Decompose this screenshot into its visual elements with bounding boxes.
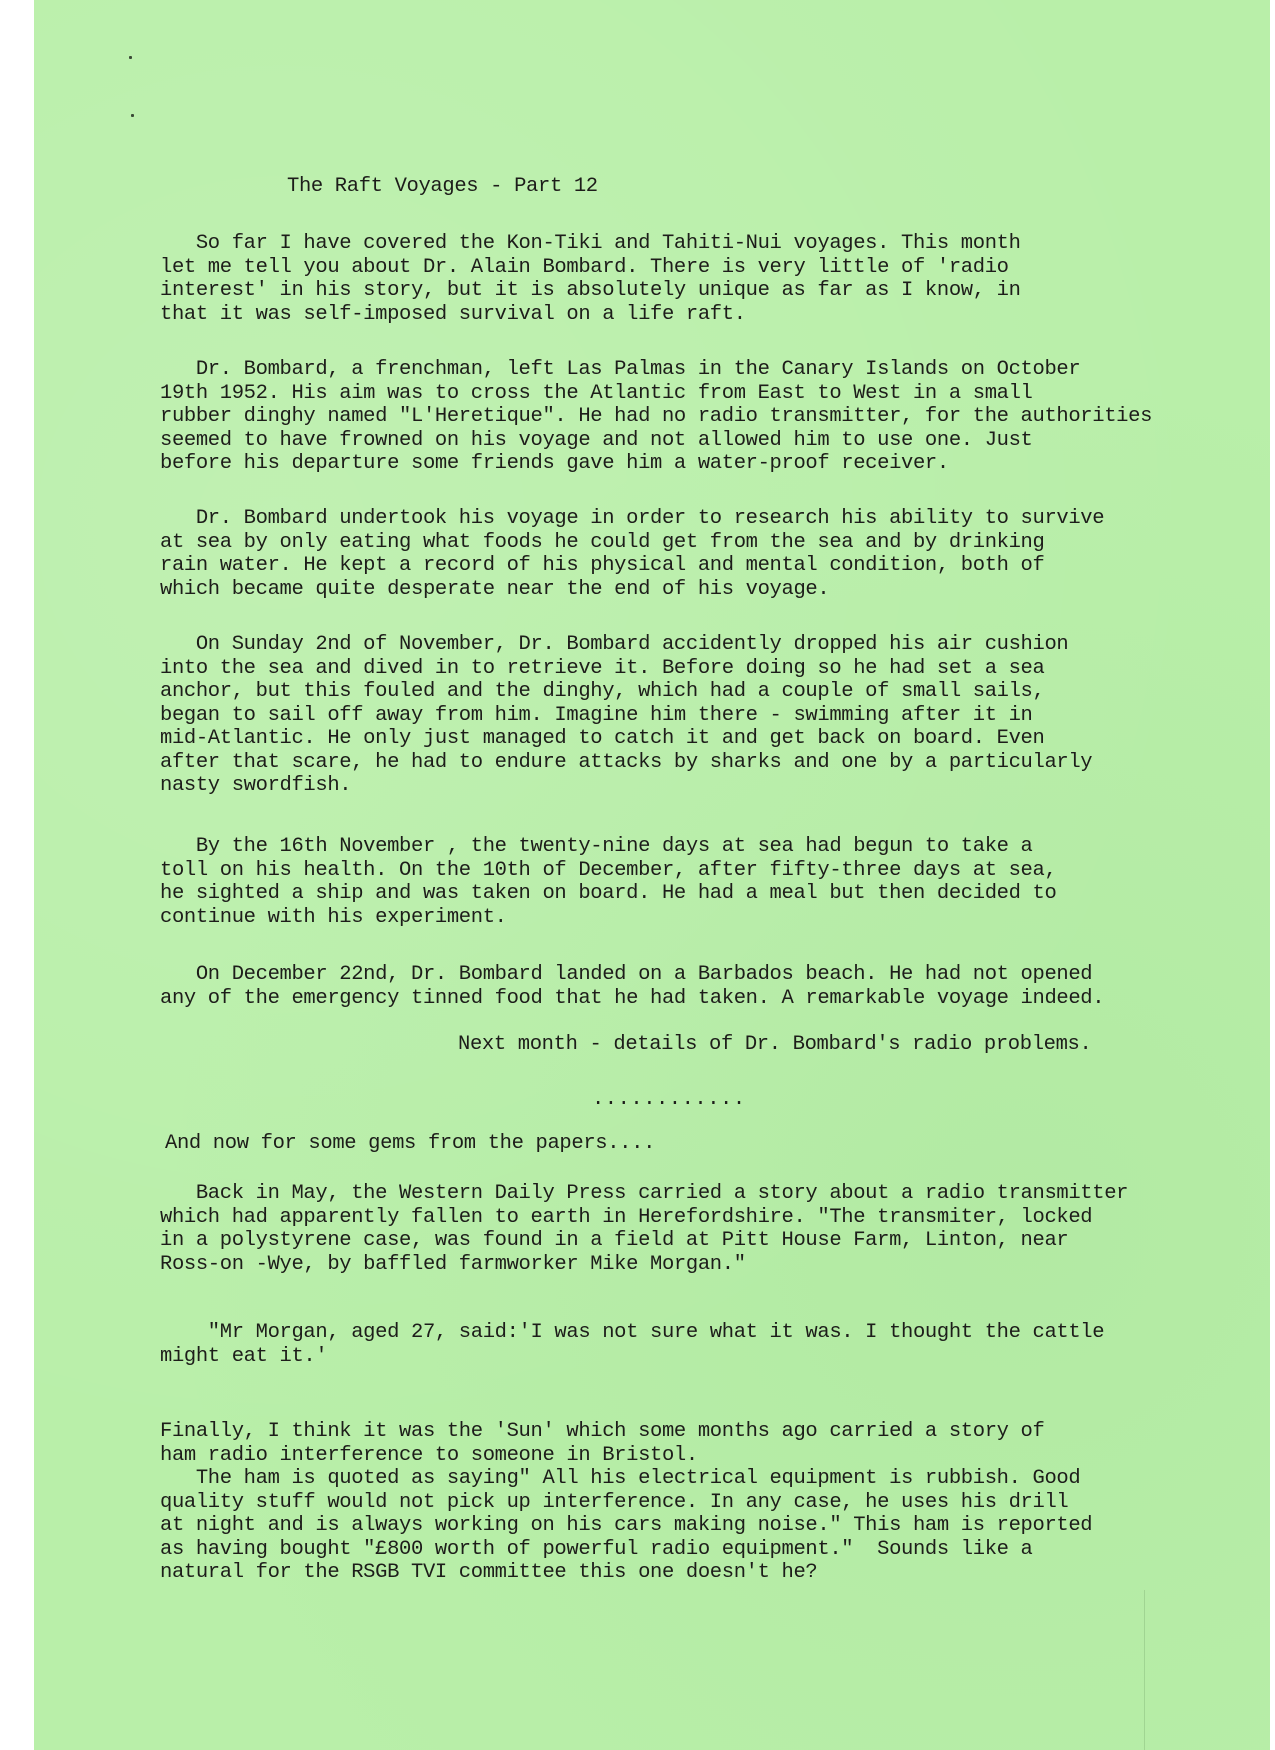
paragraph-transmitter-story: Back in May, the Western Daily Press car…: [160, 1182, 1128, 1276]
text-line: "Mr Morgan, aged 27, said:'I was not sur…: [160, 1321, 1104, 1345]
text-line: rain water. He kept a record of his phys…: [160, 554, 1104, 578]
next-month-note: Next month - details of Dr. Bombard's ra…: [458, 1033, 1091, 1057]
text-line: before his departure some friends gave h…: [160, 452, 1152, 476]
text-line: quality stuff would not pick up interfer…: [160, 1491, 1092, 1515]
text-line: nasty swordfish.: [160, 774, 1092, 798]
text-line: natural for the RSGB TVI committee this …: [160, 1561, 1092, 1585]
text-line: anchor, but this fouled and the dinghy, …: [160, 680, 1092, 704]
text-line: might eat it.': [160, 1345, 1104, 1369]
section-divider: ............: [592, 1088, 746, 1112]
paragraph-purpose: Dr. Bombard undertook his voyage in orde…: [160, 507, 1104, 601]
text-line: any of the emergency tinned food that he…: [160, 987, 1104, 1011]
paragraph-morgan-quote: "Mr Morgan, aged 27, said:'I was not sur…: [160, 1321, 1104, 1368]
text-line: On Sunday 2nd of November, Dr. Bombard a…: [160, 633, 1092, 657]
text-line: Finally, I think it was the 'Sun' which …: [160, 1420, 1092, 1444]
text-line: So far I have covered the Kon-Tiki and T…: [160, 232, 1021, 256]
text-line: into the sea and dived in to retrieve it…: [160, 657, 1092, 681]
text-line: By the 16th November , the twenty-nine d…: [160, 835, 1056, 859]
punch-hole-mark: [129, 56, 132, 59]
text-line: Ross-on -Wye, by baffled farmworker Mike…: [160, 1253, 1128, 1277]
text-line: Dr. Bombard, a frenchman, left Las Palma…: [160, 358, 1152, 382]
text-line: toll on his health. On the 10th of Decem…: [160, 859, 1056, 883]
text-line: at night and is always working on his ca…: [160, 1514, 1092, 1538]
paragraph-air-cushion: On Sunday 2nd of November, Dr. Bombard a…: [160, 633, 1092, 798]
text-line: continue with his experiment.: [160, 906, 1056, 930]
paragraph-departure: Dr. Bombard, a frenchman, left Las Palma…: [160, 358, 1152, 476]
paragraph-landing: On December 22nd, Dr. Bombard landed on …: [160, 963, 1104, 1010]
punch-hole-mark: [131, 114, 134, 117]
text-line: which became quite desperate near the en…: [160, 578, 1104, 602]
text-line: that it was self-imposed survival on a l…: [160, 303, 1021, 327]
text-line: he sighted a ship and was taken on board…: [160, 882, 1056, 906]
gems-heading: And now for some gems from the papers...…: [165, 1132, 655, 1156]
text-line: which had apparently fallen to earth in …: [160, 1206, 1128, 1230]
text-line: rubber dinghy named "L'Heretique". He ha…: [160, 405, 1152, 429]
text-line: Back in May, the Western Daily Press car…: [160, 1182, 1128, 1206]
text-line: as having bought "£800 worth of powerful…: [160, 1538, 1092, 1562]
paragraph-intro: So far I have covered the Kon-Tiki and T…: [160, 232, 1021, 326]
text-line: began to sail off away from him. Imagine…: [160, 704, 1092, 728]
text-line: interest' in his story, but it is absolu…: [160, 279, 1021, 303]
text-line: The ham is quoted as saying" All his ele…: [160, 1467, 1092, 1491]
text-line: 19th 1952. His aim was to cross the Atla…: [160, 382, 1152, 406]
text-line: ham radio interference to someone in Bri…: [160, 1444, 1092, 1468]
text-line: let me tell you about Dr. Alain Bombard.…: [160, 256, 1021, 280]
text-line: mid-Atlantic. He only just managed to ca…: [160, 727, 1092, 751]
text-line: in a polystyrene case, was found in a fi…: [160, 1229, 1128, 1253]
text-line: Dr. Bombard undertook his voyage in orde…: [160, 507, 1104, 531]
document-title: The Raft Voyages - Part 12: [287, 175, 598, 199]
text-line: seemed to have frowned on his voyage and…: [160, 429, 1152, 453]
paper-fold-line: [1144, 1590, 1145, 1750]
text-line: at sea by only eating what foods he coul…: [160, 531, 1104, 555]
text-line: after that scare, he had to endure attac…: [160, 751, 1092, 775]
paragraph-sun-story: Finally, I think it was the 'Sun' which …: [160, 1420, 1092, 1585]
text-line: On December 22nd, Dr. Bombard landed on …: [160, 963, 1104, 987]
paragraph-health: By the 16th November , the twenty-nine d…: [160, 835, 1056, 929]
